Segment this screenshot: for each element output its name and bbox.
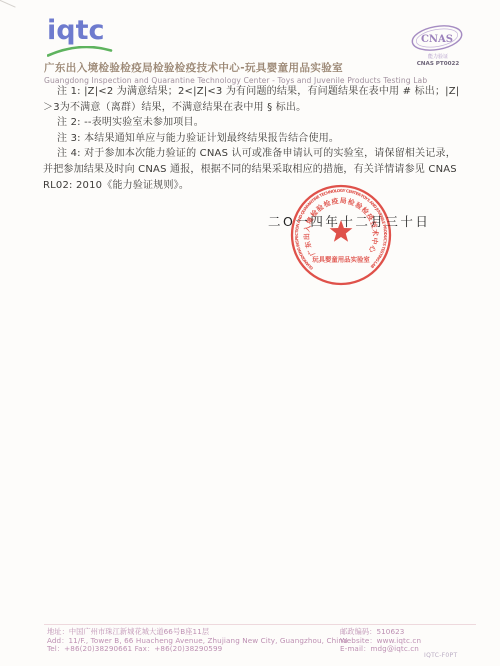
document-page: iqtc CNAS 能力验证 CNAS PT0022 广东出入境检验检疫局检验检… — [0, 0, 500, 666]
document-code: IQTC-F0PT — [424, 652, 457, 659]
note-3: 注 3: 本结果通知单应与能力验证计划最终结果报告结合使用。 — [43, 131, 483, 147]
footer-contact-column: 邮政编码：510623 Website：www.iqtc.cn E-mail：m… — [340, 628, 480, 654]
cnas-logo-word: CNAS — [421, 34, 453, 45]
official-red-seal: GUANGDONG INSPECTION AND QUARANTINE TECH… — [281, 175, 401, 295]
note-4-line-3: RL02: 2010《能力验证规则》。 — [43, 178, 483, 194]
footer-divider — [44, 624, 476, 625]
seal-star-icon — [330, 220, 353, 242]
note-2: 注 2: --表明实验室未参加项目。 — [43, 115, 483, 131]
note-1-line-1: 注 1: |Z|<2 为满意结果；2<|Z|<3 为有问题的结果，有问题结果在表… — [43, 84, 483, 100]
footer-email: E-mail：mdg@iqtc.cn — [340, 645, 480, 654]
footer-address-column: 地址：中国广州市珠江新城花城大道66号B座11层 Add：11/F., Towe… — [47, 628, 347, 654]
note-4-line-2: 并把参加结果及时向 CNAS 通报，根据不同的结果采取相应的措施，有关详情请参见… — [43, 162, 483, 178]
lab-title-zh: 广东出入境检验检疫局检验检疫技术中心-玩具婴童用品实验室 — [44, 62, 474, 74]
footer-tel-fax: Tel：+86(20)38290661 Fax：+86(20)38290599 — [47, 645, 347, 654]
seal-bottom-text-zh: 玩具婴童用品实验室 — [312, 255, 370, 264]
note-4-line-1: 注 4: 对于参加本次能力验证的 CNAS 认可或准备申请认可的实验室，请保留相… — [43, 146, 483, 162]
notes-section: 注 1: |Z|<2 为满意结果；2<|Z|<3 为有问题的结果，有问题结果在表… — [43, 84, 483, 193]
iqtc-logo-text: iqtc — [47, 17, 117, 45]
iqtc-logo: iqtc — [47, 17, 117, 57]
iqtc-swoosh-icon — [47, 46, 113, 57]
header-block: 广东出入境检验检疫局检验检疫技术中心-玩具婴童用品实验室 Guangdong I… — [44, 62, 474, 85]
scan-corner-artifact — [0, 0, 16, 9]
cnas-sub-zh: 能力验证 — [428, 53, 448, 60]
note-1-line-2: ＞3为不满意（离群）结果，不满意结果在表中用 § 标出。 — [43, 100, 483, 116]
